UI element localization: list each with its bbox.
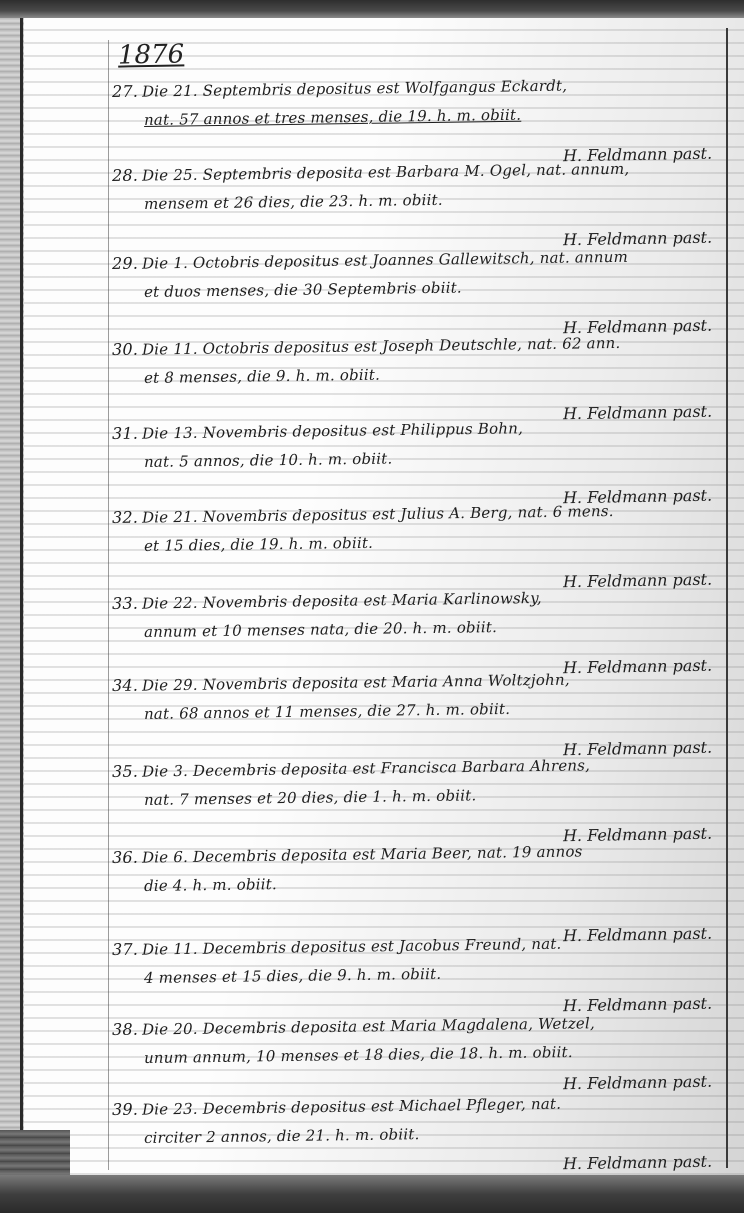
entry-line-1: Die 6. Decembris deposita est Maria Beer… [142,842,583,866]
entry-line-2: et duos menses, die 30 Septembris obiit. [144,275,712,301]
register-entry: 38.Die 20. Decembris deposita est Maria … [112,1020,712,1067]
entry-line-1: Die 21. Novembris depositus est Julius A… [142,502,614,527]
entry-line-2: die 4. h. m. obiit. [144,869,712,895]
scan-bottom-shadow [0,1175,744,1213]
register-entry: 39.Die 23. Decembris depositus est Micha… [112,1100,712,1147]
entry-number: 39. [112,1100,142,1119]
entry-number: 28. [112,166,142,185]
register-entry: 33.Die 22. Novembris deposita est Maria … [112,594,712,641]
register-entry: 29.Die 1. Octobris depositus est Joannes… [112,254,712,301]
entry-line-2: nat. 68 annos et 11 menses, die 27. h. m… [144,697,712,723]
pastor-signature: H. Feldmann past. [563,1072,712,1094]
entry-line-1: Die 21. Septembris depositus est Wolfgan… [142,77,567,101]
entry-line-1: Die 23. Decembris depositus est Michael … [142,1095,561,1119]
register-entry: 32.Die 21. Novembris depositus est Juliu… [112,508,712,555]
register-entry: 36.Die 6. Decembris deposita est Maria B… [112,848,712,895]
entry-number: 33. [112,594,142,613]
entry-line-1: Die 29. Novembris deposita est Maria Ann… [142,671,570,695]
scan-bottom-margin [0,1213,744,1227]
register-entry: 30.Die 11. Octobris depositus est Joseph… [112,340,712,387]
entry-number: 38. [112,1020,142,1039]
entry-line-2: et 15 dies, die 19. h. m. obiit. [144,529,712,555]
entry-number: 32. [112,508,142,527]
entry-line-2: unum annum, 10 menses et 18 dies, die 18… [144,1041,712,1067]
right-margin-rule [726,28,728,1168]
entry-line-2: circiter 2 annos, die 21. h. m. obiit. [144,1121,712,1147]
entry-line-1: Die 22. Novembris deposita est Maria Kar… [142,589,542,613]
entry-number: 29. [112,254,142,273]
entry-line-2: nat. 7 menses et 20 dies, die 1. h. m. o… [144,783,712,809]
entry-number: 35. [112,762,142,781]
register-entry: 37.Die 11. Decembris depositus est Jacob… [112,940,712,987]
register-year: 1876 [118,39,185,70]
register-entry: 35.Die 3. Decembris deposita est Francis… [112,762,712,809]
register-entry: 28.Die 25. Septembris deposita est Barba… [112,166,712,213]
entry-line-2: annum et 10 menses nata, die 20. h. m. o… [144,615,712,641]
entry-number: 31. [112,424,142,443]
entry-number: 27. [112,82,142,101]
entry-line-2: et 8 menses, die 9. h. m. obiit. [144,361,712,387]
entry-line-1: Die 11. Octobris depositus est Joseph De… [142,334,621,359]
pastor-signature: H. Feldmann past. [563,1152,712,1174]
entry-number: 30. [112,340,142,359]
register-entry: 27.Die 21. Septembris depositus est Wolf… [112,82,712,129]
entry-line-1: Die 20. Decembris deposita est Maria Mag… [142,1014,595,1038]
entry-line-2: nat. 57 annos et tres menses, die 19. h.… [144,103,712,129]
entry-line-2: mensem et 26 dies, die 23. h. m. obiit. [144,187,712,213]
entry-line-2: nat. 5 annos, die 10. h. m. obiit. [144,445,712,471]
entry-line-2: 4 menses et 15 dies, die 9. h. m. obiit. [144,961,712,987]
number-column-rule [108,40,109,1170]
entry-line-1: Die 13. Novembris depositus est Philippu… [142,419,523,442]
entry-number: 34. [112,676,142,695]
entry-line-1: Die 3. Decembris deposita est Francisca … [142,756,590,780]
entry-number: 37. [112,940,142,959]
register-entry: 34.Die 29. Novembris deposita est Maria … [112,676,712,723]
scan-top-shadow [0,0,744,18]
entry-line-1: Die 11. Decembris depositus est Jacobus … [142,935,562,959]
entry-number: 36. [112,848,142,867]
register-entry: 31.Die 13. Novembris depositus est Phili… [112,424,712,471]
left-margin-rule [20,18,23,1178]
